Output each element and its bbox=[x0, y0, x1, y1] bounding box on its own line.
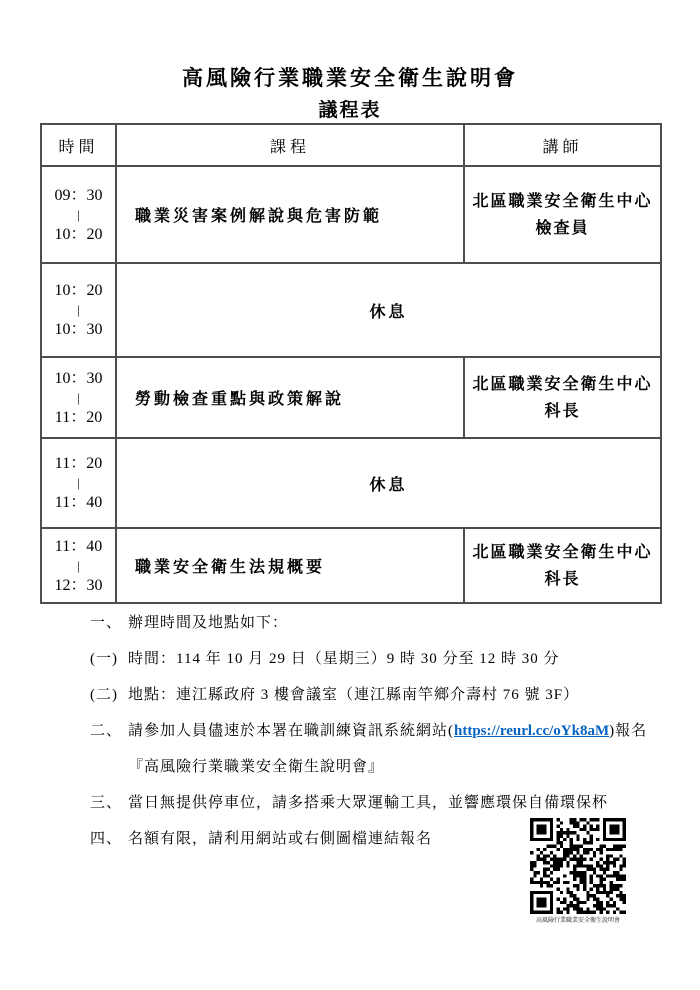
registration-link[interactable]: https://reurl.cc/oYk8aM bbox=[454, 723, 609, 739]
note-item-2: 二、 請參加人員儘速於本署在職訓練資訊系統網站(https://reurl.cc… bbox=[90, 711, 690, 747]
time-separator: | bbox=[42, 207, 115, 223]
lecturer-org: 北區職業安全衛生中心 bbox=[472, 193, 652, 210]
lecturer-cell: 北區職業安全衛生中心 科長 bbox=[464, 528, 661, 603]
note-text: 『高風險行業職業安全衛生說明會』 bbox=[128, 755, 384, 776]
lecturer-org: 北區職業安全衛生中心 bbox=[472, 544, 652, 561]
table-row: 10：20 | 10：30 休息 bbox=[41, 263, 661, 357]
table-row: 11：20 | 11：40 休息 bbox=[41, 438, 661, 528]
table-row: 09：30 | 10：20 職業災害案例解說與危害防範 北區職業安全衛生中心 檢… bbox=[41, 166, 661, 263]
time-cell: 11：20 | 11：40 bbox=[41, 438, 116, 528]
time-cell: 10：30 | 11：20 bbox=[41, 357, 116, 438]
time-start: 11：40 bbox=[42, 535, 115, 558]
time-start: 10：30 bbox=[42, 367, 115, 390]
time-separator: | bbox=[42, 302, 115, 318]
lecturer-cell: 北區職業安全衛生中心 科長 bbox=[464, 357, 661, 438]
header-lecturer: 講師 bbox=[464, 124, 661, 166]
note-text: 時間：114 年 10 月 29 日（星期三）9 時 30 分至 12 時 30… bbox=[128, 647, 559, 668]
note-text-after-link: )報名 bbox=[609, 723, 647, 739]
note-item-1: 一、 辦理時間及地點如下： bbox=[90, 603, 690, 639]
time-end: 11：20 bbox=[42, 406, 115, 429]
page-subtitle: 議程表 bbox=[0, 95, 700, 122]
note-number: 四、 bbox=[90, 827, 128, 848]
note-text: 名額有限，請利用網站或右側圖檔連結報名 bbox=[128, 827, 432, 848]
qr-caption: 高風險行業職業安全衛生說明會 bbox=[530, 915, 626, 924]
break-cell: 休息 bbox=[116, 438, 661, 528]
time-start: 11：20 bbox=[42, 452, 115, 475]
page-title: 高風險行業職業安全衛生說明會 bbox=[0, 62, 700, 92]
time-end: 11：40 bbox=[42, 491, 115, 514]
table-row: 11：40 | 12：30 職業安全衛生法規概要 北區職業安全衛生中心 科長 bbox=[41, 528, 661, 603]
time-separator: | bbox=[42, 390, 115, 406]
note-number: 二、 bbox=[90, 719, 128, 740]
note-item-2-line2: 『高風險行業職業安全衛生說明會』 bbox=[90, 747, 690, 783]
note-text-before-link: 請參加人員儘速於本署在職訓練資訊系統網站( bbox=[128, 723, 454, 739]
course-cell: 職業災害案例解說與危害防範 bbox=[116, 166, 464, 263]
time-cell: 11：40 | 12：30 bbox=[41, 528, 116, 603]
time-cell: 10：20 | 10：30 bbox=[41, 263, 116, 357]
lecturer-role: 科長 bbox=[544, 403, 580, 420]
note-item-1a: (一) 時間：114 年 10 月 29 日（星期三）9 時 30 分至 12 … bbox=[90, 639, 690, 675]
note-text: 請參加人員儘速於本署在職訓練資訊系統網站(https://reurl.cc/oY… bbox=[128, 719, 647, 740]
time-start: 09：30 bbox=[42, 184, 115, 207]
time-end: 12：30 bbox=[42, 574, 115, 597]
agenda-table: 時間 課程 講師 09：30 | 10：20 職業災害案例解說與危害防範 北區職… bbox=[40, 123, 662, 604]
break-cell: 休息 bbox=[116, 263, 661, 357]
time-separator: | bbox=[42, 475, 115, 491]
time-cell: 09：30 | 10：20 bbox=[41, 166, 116, 263]
time-start: 10：20 bbox=[42, 279, 115, 302]
course-cell: 勞動檢查重點與政策解說 bbox=[116, 357, 464, 438]
course-cell: 職業安全衛生法規概要 bbox=[116, 528, 464, 603]
note-number: 三、 bbox=[90, 791, 128, 812]
qr-code bbox=[530, 818, 626, 914]
table-row: 10：30 | 11：20 勞動檢查重點與政策解說 北區職業安全衛生中心 科長 bbox=[41, 357, 661, 438]
note-text: 地點：連江縣政府 3 樓會議室（連江縣南竿鄉介壽村 76 號 3F） bbox=[128, 683, 579, 704]
note-text: 當日無提供停車位，請多搭乘大眾運輸工具，並響應環保自備環保杯 bbox=[128, 791, 608, 812]
header-course: 課程 bbox=[116, 124, 464, 166]
header-time: 時間 bbox=[41, 124, 116, 166]
lecturer-org: 北區職業安全衛生中心 bbox=[472, 376, 652, 393]
note-number: 一、 bbox=[90, 611, 128, 632]
note-item-3: 三、 當日無提供停車位，請多搭乘大眾運輸工具，並響應環保自備環保杯 bbox=[90, 783, 690, 819]
lecturer-role: 檢查員 bbox=[535, 220, 589, 237]
time-end: 10：30 bbox=[42, 318, 115, 341]
time-separator: | bbox=[42, 558, 115, 574]
lecturer-cell: 北區職業安全衛生中心 檢查員 bbox=[464, 166, 661, 263]
note-number: (二) bbox=[90, 683, 128, 704]
time-end: 10：20 bbox=[42, 223, 115, 246]
lecturer-role: 科長 bbox=[544, 571, 580, 588]
note-number: (一) bbox=[90, 647, 128, 668]
note-text: 辦理時間及地點如下： bbox=[128, 611, 288, 632]
note-item-1b: (二) 地點：連江縣政府 3 樓會議室（連江縣南竿鄉介壽村 76 號 3F） bbox=[90, 675, 690, 711]
qr-block: 高風險行業職業安全衛生說明會 bbox=[530, 818, 626, 924]
table-header-row: 時間 課程 講師 bbox=[41, 124, 661, 166]
